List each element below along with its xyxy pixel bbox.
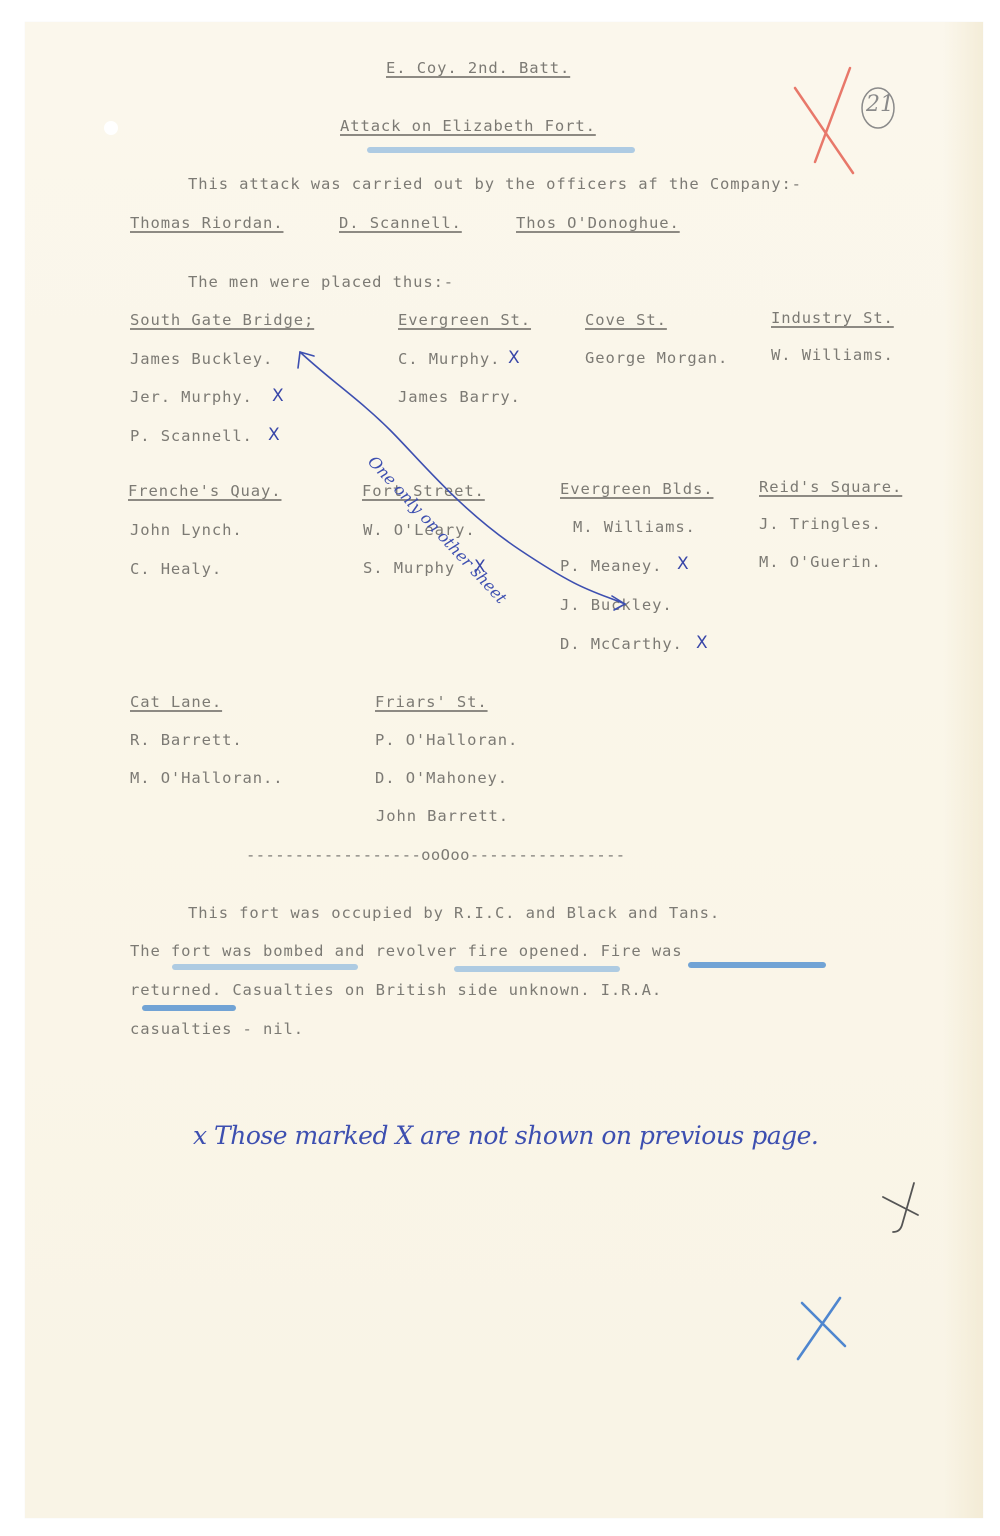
location-industry-st: Industry St.: [771, 308, 894, 328]
man-name: John Barrett.: [376, 806, 509, 826]
man-name: C. Healy.: [130, 559, 222, 579]
man-name: M. O'Halloran..: [130, 768, 283, 788]
man-name: S. Murphy: [363, 558, 455, 578]
x-mark-icon: X: [508, 348, 520, 368]
narrative-line: This fort was occupied by R.I.C. and Bla…: [188, 903, 720, 923]
man-name: D. O'Mahoney.: [375, 768, 508, 788]
section-separator: ------------------ooOoo----------------: [246, 845, 626, 865]
location-fort-street: Fort Street.: [362, 481, 485, 501]
x-mark-icon: X: [272, 386, 284, 406]
man-name: M. Williams.: [573, 517, 696, 537]
location-frenches-quay: Frenche's Quay.: [128, 481, 281, 501]
x-mark-icon: X: [677, 554, 689, 574]
placement-intro: The men were placed thus:-: [188, 272, 454, 292]
handwritten-footnote: x Those marked X are not shown on previo…: [193, 1121, 818, 1150]
man-name: P. Meaney.: [560, 556, 662, 576]
location-south-gate-bridge: South Gate Bridge;: [130, 310, 314, 330]
man-name: James Barry.: [398, 387, 521, 407]
intro-text: This attack was carried out by the offic…: [188, 174, 802, 194]
man-name: M. O'Guerin.: [759, 552, 882, 572]
officer-2: D. Scannell.: [339, 213, 462, 233]
location-evergreen-blds: Evergreen Blds.: [560, 479, 713, 499]
location-friars-st: Friars' St.: [375, 692, 488, 712]
location-evergreen-st: Evergreen St.: [398, 310, 531, 330]
man-name: P. O'Halloran.: [375, 730, 518, 750]
man-name: James Buckley.: [130, 349, 273, 369]
location-reids-square: Reid's Square.: [759, 477, 902, 497]
location-cat-lane: Cat Lane.: [130, 692, 222, 712]
officer-3: Thos O'Donoghue.: [516, 213, 680, 233]
man-name: C. Murphy.: [398, 349, 500, 369]
man-name: George Morgan.: [585, 348, 728, 368]
man-name: John Lynch.: [130, 520, 243, 540]
narrative-line: returned. Casualties on British side unk…: [130, 980, 662, 1000]
man-name: P. Scannell.: [130, 426, 253, 446]
title-highlight: [367, 147, 635, 153]
highlight-fire-was: [688, 962, 826, 968]
highlight-bombed: [172, 964, 358, 970]
highlight-returned: [142, 1005, 236, 1011]
highlight-fire-opened: [454, 966, 620, 972]
page-number-annotation: 21: [866, 92, 894, 117]
narrative-line: casualties - nil.: [130, 1019, 304, 1039]
x-mark-icon: X: [268, 425, 280, 445]
location-cove-st: Cove St.: [585, 310, 667, 330]
officer-1: Thomas Riordan.: [130, 213, 283, 233]
man-name: W. Williams.: [771, 345, 894, 365]
man-name: J. Buckley.: [560, 595, 673, 615]
x-mark-icon: X: [696, 633, 708, 653]
man-name: J. Tringles.: [759, 514, 882, 534]
punch-hole: [104, 121, 118, 135]
narrative-line: The fort was bombed and revolver fire op…: [130, 941, 683, 961]
man-name: Jer. Murphy.: [130, 387, 253, 407]
man-name: D. McCarthy.: [560, 634, 683, 654]
man-name: R. Barrett.: [130, 730, 243, 750]
document-heading: E. Coy. 2nd. Batt.: [386, 58, 570, 78]
document-title: Attack on Elizabeth Fort.: [340, 116, 596, 136]
